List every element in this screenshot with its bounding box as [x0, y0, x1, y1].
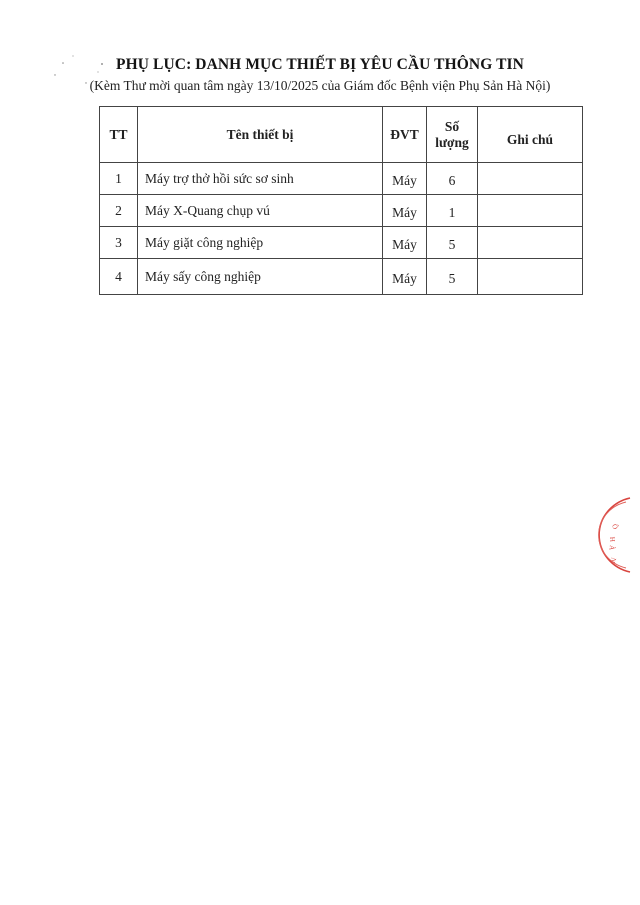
- official-stamp-icon: Ô H À N: [596, 495, 640, 575]
- table-row: 1 Máy trợ thở hồi sức sơ sinh Máy 6: [100, 163, 583, 195]
- table-row: 2 Máy X-Quang chụp vú Máy 1: [100, 195, 583, 227]
- cell-unit: Máy: [383, 259, 427, 295]
- cell-name: Máy X-Quang chụp vú: [138, 195, 383, 227]
- header-name: Tên thiết bị: [138, 107, 383, 163]
- cell-note: [478, 227, 583, 259]
- page-subtitle: (Kèm Thư mời quan tâm ngày 13/10/2025 củ…: [0, 78, 640, 94]
- cell-qty: 5: [427, 259, 478, 295]
- svg-text:À: À: [608, 545, 616, 551]
- table-row: 4 Máy sấy công nghiệp Máy 5: [100, 259, 583, 295]
- cell-unit: Máy: [383, 227, 427, 259]
- svg-text:Ô: Ô: [610, 523, 619, 530]
- header-note: Ghi chú: [478, 107, 583, 163]
- table-row: 3 Máy giặt công nghiệp Máy 5: [100, 227, 583, 259]
- header-qty: Số lượng: [427, 107, 478, 163]
- cell-qty: 1: [427, 195, 478, 227]
- cell-tt: 4: [100, 259, 138, 295]
- svg-text:N: N: [608, 556, 617, 563]
- table-header-row: TT Tên thiết bị ĐVT Số lượng Ghi chú: [100, 107, 583, 163]
- cell-qty: 6: [427, 163, 478, 195]
- cell-qty: 5: [427, 227, 478, 259]
- header-tt: TT: [100, 107, 138, 163]
- cell-tt: 2: [100, 195, 138, 227]
- header-unit: ĐVT: [383, 107, 427, 163]
- header-qty-line2: lượng: [427, 135, 477, 151]
- equipment-table: TT Tên thiết bị ĐVT Số lượng Ghi chú 1 M…: [99, 106, 583, 295]
- cell-note: [478, 195, 583, 227]
- cell-unit: Máy: [383, 195, 427, 227]
- cell-note: [478, 259, 583, 295]
- cell-tt: 3: [100, 227, 138, 259]
- cell-name: Máy giặt công nghiệp: [138, 227, 383, 259]
- page-title: PHỤ LỤC: DANH MỤC THIẾT BỊ YÊU CẦU THÔNG…: [0, 56, 640, 74]
- cell-note: [478, 163, 583, 195]
- header-qty-line1: Số: [427, 119, 477, 135]
- cell-name: Máy sấy công nghiệp: [138, 259, 383, 295]
- cell-unit: Máy: [383, 163, 427, 195]
- cell-tt: 1: [100, 163, 138, 195]
- svg-text:H: H: [608, 536, 616, 542]
- cell-name: Máy trợ thở hồi sức sơ sinh: [138, 163, 383, 195]
